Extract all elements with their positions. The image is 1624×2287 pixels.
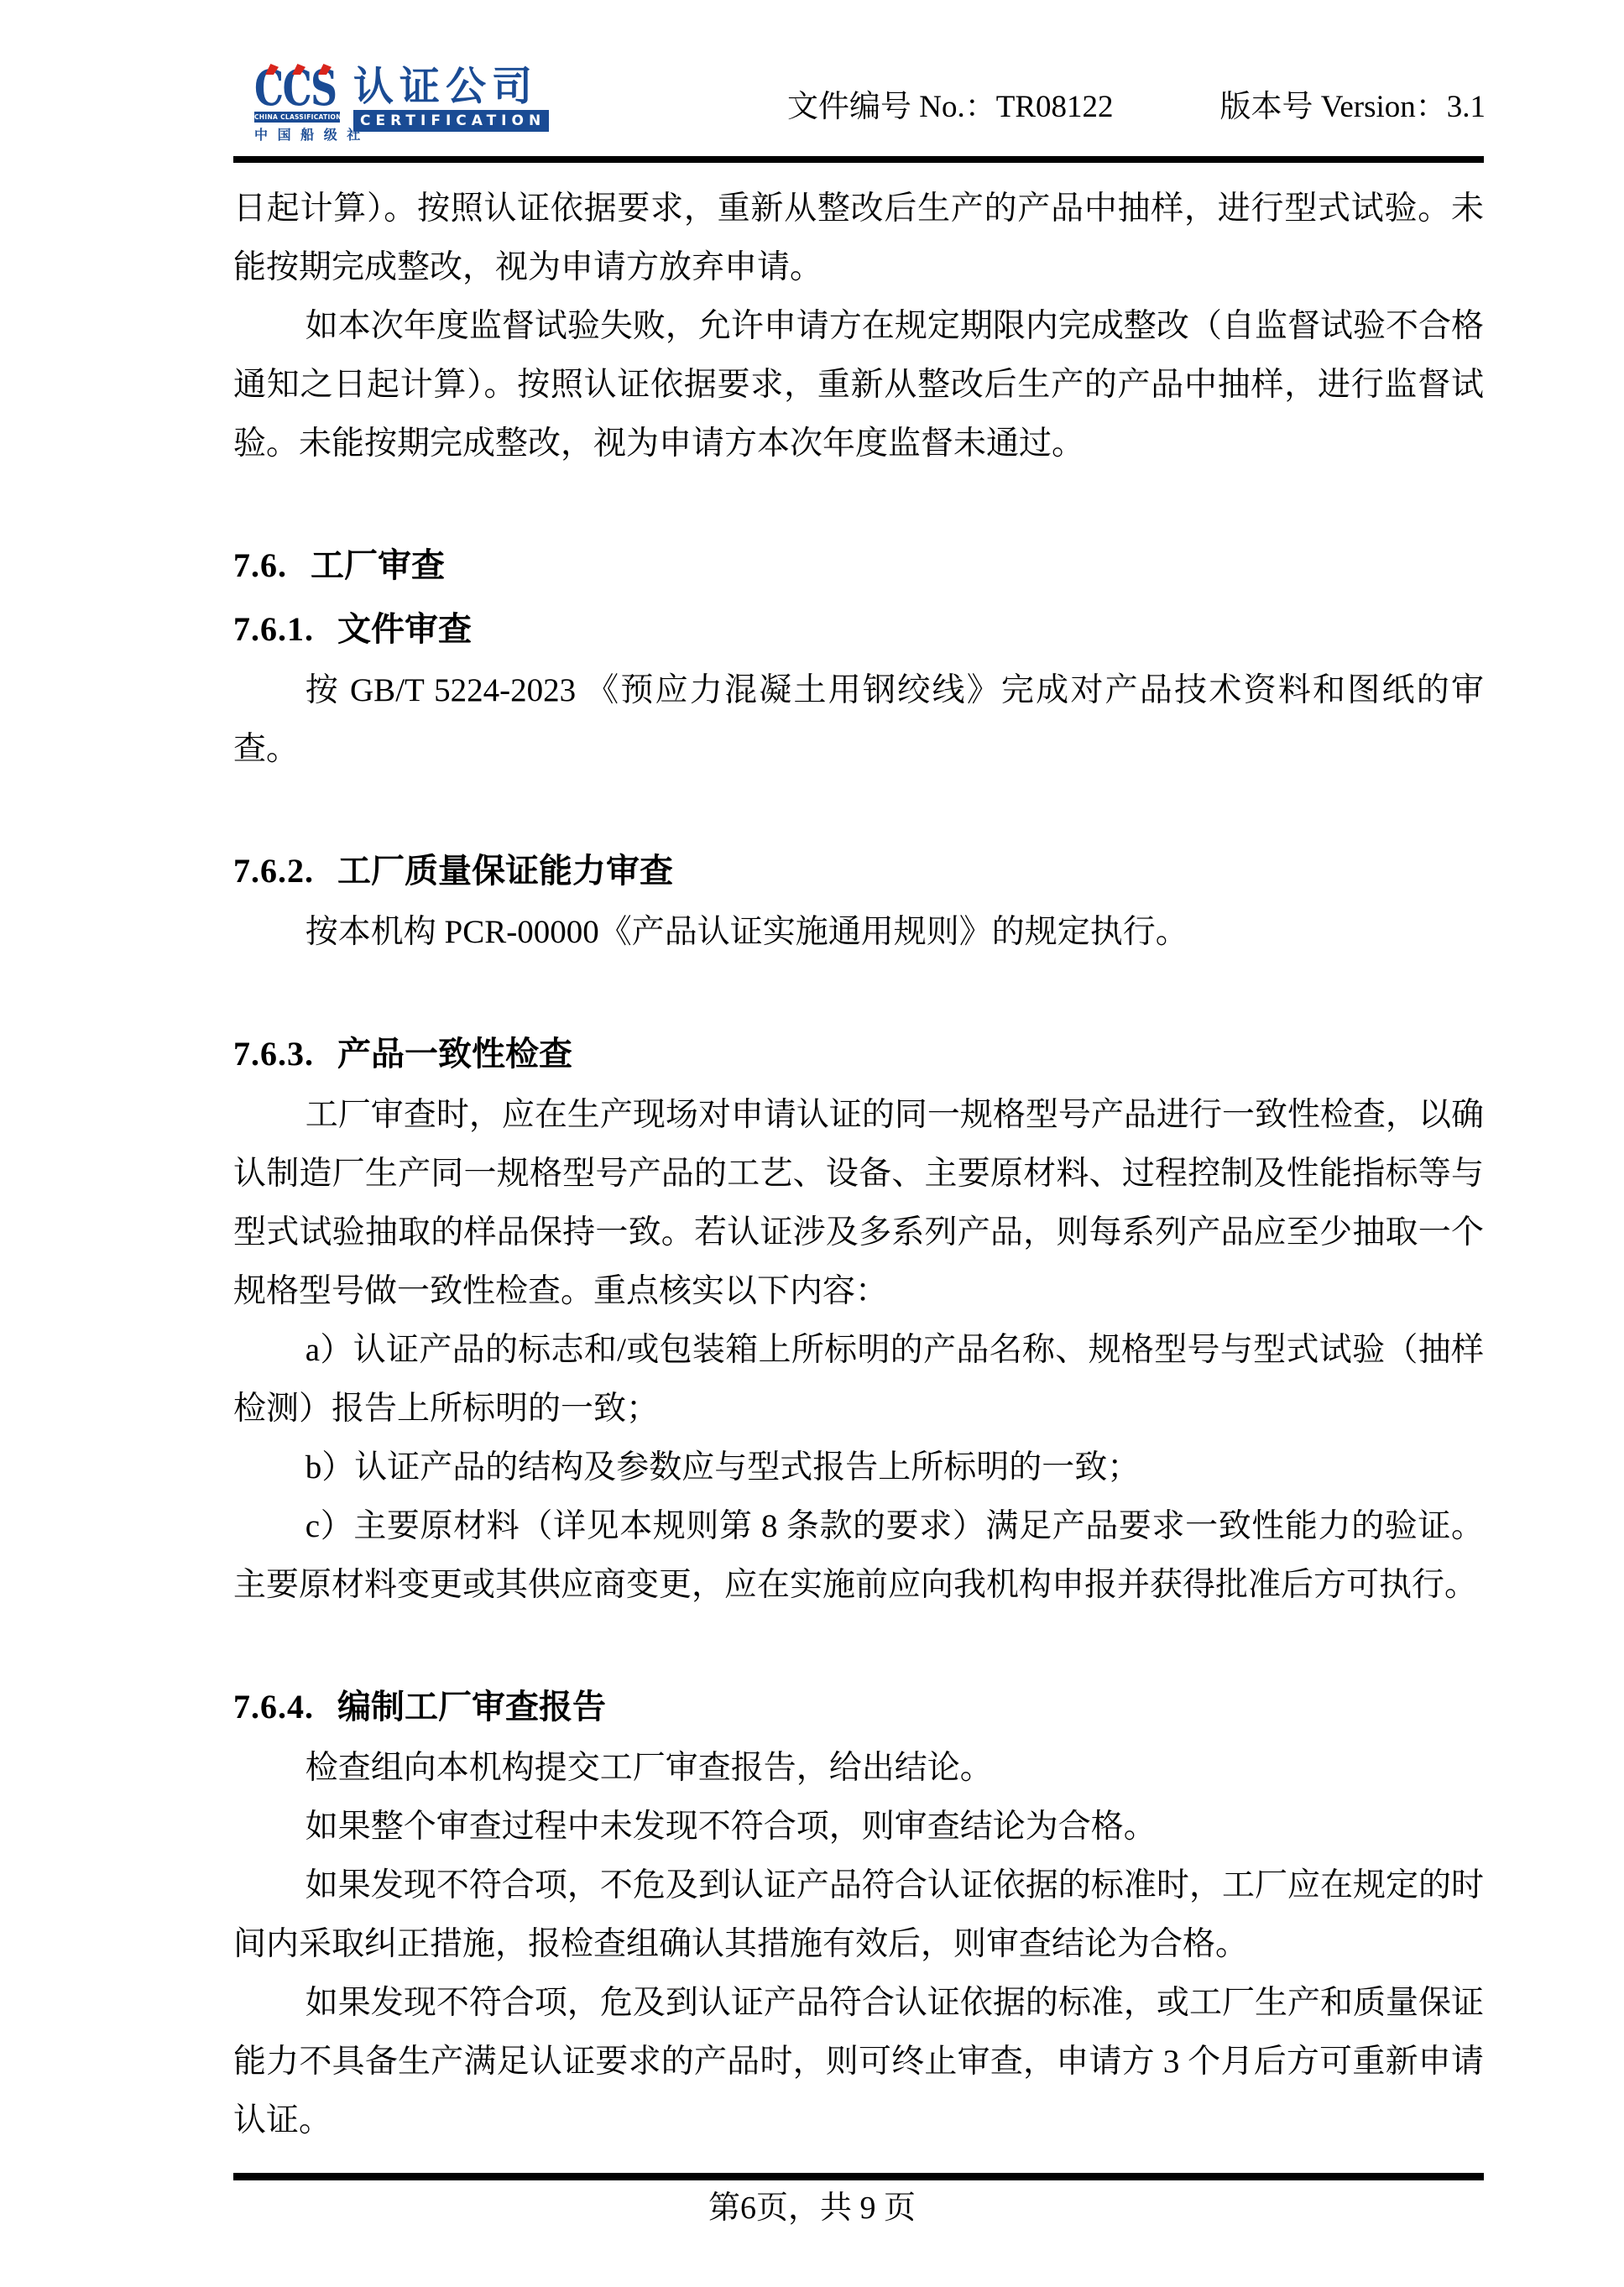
heading-text: 工厂质量保证能力审查 — [337, 852, 673, 890]
document-body: 日起计算）。按照认证依据要求，重新从整改后生产的产品中抽样，进行型式试验。未能按… — [233, 180, 1484, 2150]
heading-number: 7.6.2. — [233, 852, 314, 890]
heading-text: 工厂审查 — [311, 546, 445, 584]
page-number: 第6页，共 9 页 — [0, 2180, 1624, 2237]
ccs-acronym-wrap: CCS — [254, 67, 340, 109]
paragraph: c）主要原材料（详见本规则第 8 条款的要求）满足产品要求一致性能力的验证。主要… — [233, 1497, 1484, 1615]
section-heading: 7.6.2.工厂质量保证能力审查 — [233, 839, 1484, 903]
paragraph: 按 GB/T 5224-2023 《预应力混凝土用钢绞线》完成对产品技术资料和图… — [233, 661, 1484, 779]
paragraph: b）认证产品的结构及参数应与型式报告上所标明的一致； — [233, 1439, 1484, 1497]
document-page: CCS CHINA CLASSIFICATION SOCIETY 中 国 船 级… — [0, 0, 1624, 2287]
paragraph: 如果整个审查过程中未发现不符合项，则审查结论为合格。 — [233, 1798, 1484, 1856]
document-info: 文件编号 No.：TR08122 版本号 Version：3.1 — [787, 87, 1486, 128]
ccs-logo: CCS CHINA CLASSIFICATION SOCIETY 中 国 船 级… — [254, 67, 549, 144]
heading-text: 文件审查 — [337, 610, 472, 648]
section-heading: 7.6.3.产品一致性检查 — [233, 1022, 1484, 1086]
paragraph: 日起计算）。按照认证依据要求，重新从整改后生产的产品中抽样，进行型式试验。未能按… — [233, 180, 1484, 297]
header-divider — [233, 156, 1484, 163]
section-heading: 7.6.工厂审查 — [233, 534, 1484, 598]
heading-number: 7.6.1. — [233, 610, 314, 648]
section-heading: 7.6.4.编制工厂审查报告 — [233, 1675, 1484, 1739]
certification-company-name: 认证公司 — [353, 67, 549, 106]
version-number: 版本号 Version：3.1 — [1219, 87, 1486, 128]
heading-number: 7.6.4. — [233, 1688, 314, 1726]
ccs-chinese-name: 中 国 船 级 社 — [254, 124, 340, 144]
section-heading: 7.6.1.文件审查 — [233, 598, 1484, 661]
heading-number: 7.6. — [233, 546, 287, 584]
heading-text: 编制工厂审查报告 — [337, 1688, 606, 1726]
paragraph: 如本次年度监督试验失败，允许申请方在规定期限内完成整改（自监督试验不合格通知之日… — [233, 297, 1484, 473]
paragraph: 如果发现不符合项，危及到认证产品符合认证依据的标准，或工厂生产和质量保证能力不具… — [233, 1974, 1484, 2150]
heading-number: 7.6.3. — [233, 1035, 314, 1073]
heading-text: 产品一致性检查 — [337, 1035, 572, 1073]
ccs-logo-right: 认证公司 CERTIFICATION — [353, 67, 549, 132]
paragraph: 如果发现不符合项，不危及到认证产品符合认证依据的标准时，工厂应在规定的时间内采取… — [233, 1856, 1484, 1974]
certification-banner: CERTIFICATION — [353, 110, 549, 132]
paragraph: 检查组向本机构提交工厂审查报告，给出结论。 — [233, 1739, 1484, 1798]
paragraph: 按本机构 PCR-00000《产品认证实施通用规则》的规定执行。 — [233, 903, 1484, 962]
paragraph: a）认证产品的标志和/或包装箱上所标明的产品名称、规格型号与型式试验（抽样检测）… — [233, 1321, 1484, 1439]
ccs-logo-left: CCS CHINA CLASSIFICATION SOCIETY 中 国 船 级… — [254, 67, 340, 144]
doc-number: 文件编号 No.：TR08122 — [787, 87, 1114, 128]
paragraph: 工厂审查时，应在生产现场对申请认证的同一规格型号产品进行一致性检查，以确认制造厂… — [233, 1086, 1484, 1321]
